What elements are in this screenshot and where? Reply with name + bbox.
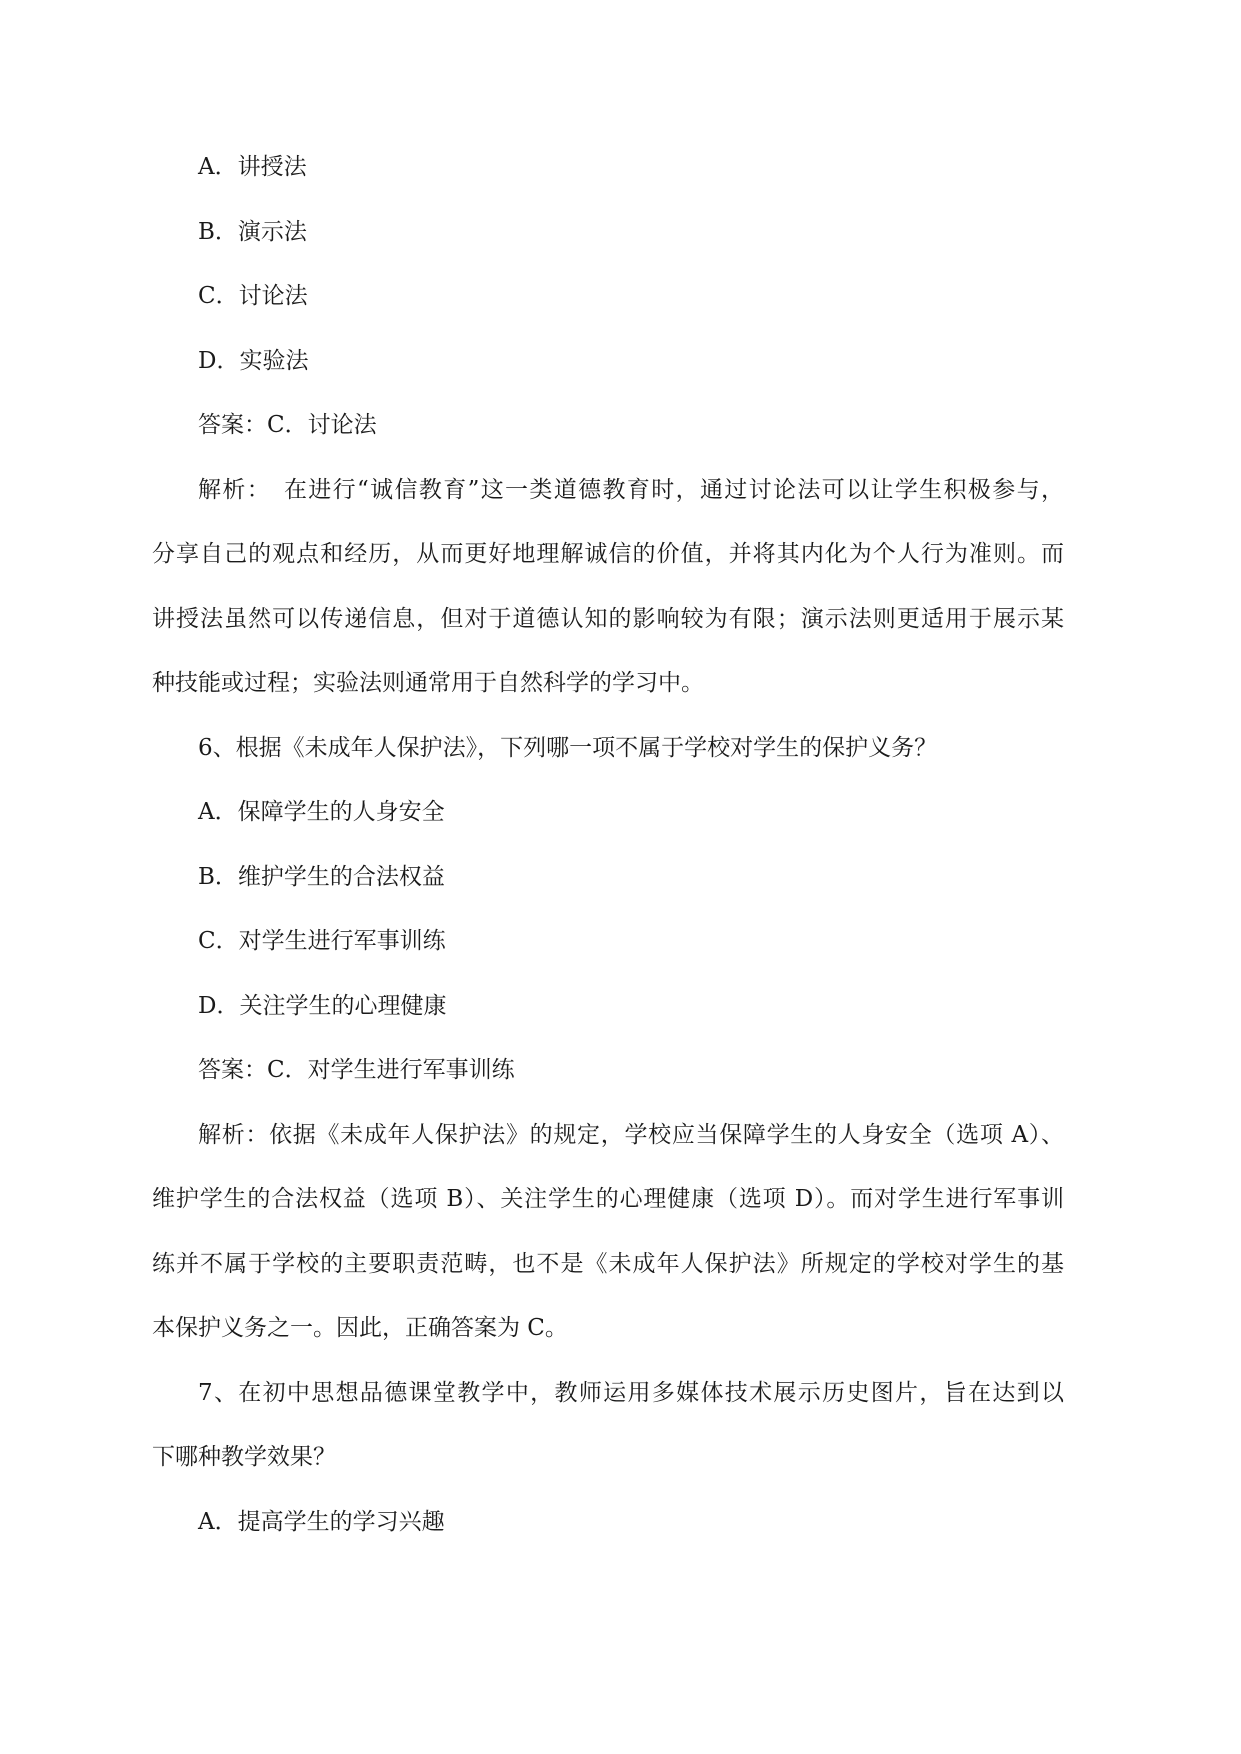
q6-option-d: D．关注学生的心理健康 [152, 974, 1064, 1039]
q6-analysis-line-2: 维护学生的合法权益（选项 B）、关注学生的心理健康（选项 D）。而对学生进行军事… [152, 1167, 1064, 1232]
q6-analysis-line-1: 解析：依据《未成年人保护法》的规定，学校应当保障学生的人身安全（选项 A）、 [152, 1103, 1064, 1168]
q6-analysis-line-4: 本保护义务之一。因此，正确答案为 C。 [152, 1296, 1064, 1361]
q5-analysis-line-3: 讲授法虽然可以传递信息，但对于道德认知的影响较为有限；演示法则更适用于展示某 [152, 587, 1064, 652]
document-page: A．讲授法 B．演示法 C．讨论法 D．实验法 答案：C．讨论法 解析： 在进行… [0, 0, 1241, 1754]
document-content: A．讲授法 B．演示法 C．讨论法 D．实验法 答案：C．讨论法 解析： 在进行… [152, 0, 1064, 1554]
q6-analysis-line-3: 练并不属于学校的主要职责范畴，也不是《未成年人保护法》所规定的学校对学生的基 [152, 1232, 1064, 1297]
q7-question-line-2: 下哪种教学效果？ [152, 1425, 1064, 1490]
q5-option-d: D．实验法 [152, 329, 1064, 394]
q5-analysis-line-2: 分享自己的观点和经历，从而更好地理解诚信的价值，并将其内化为个人行为准则。而 [152, 522, 1064, 587]
q7-option-a: A．提高学生的学习兴趣 [152, 1490, 1064, 1555]
q6-answer: 答案：C．对学生进行军事训练 [152, 1038, 1064, 1103]
q5-analysis-line-1: 解析： 在进行“诚信教育”这一类道德教育时，通过讨论法可以让学生积极参与， [152, 458, 1064, 523]
q6-option-a: A．保障学生的人身安全 [152, 780, 1064, 845]
q5-analysis-line-4: 种技能或过程；实验法则通常用于自然科学的学习中。 [152, 651, 1064, 716]
q5-answer: 答案：C．讨论法 [152, 393, 1064, 458]
q5-option-b: B．演示法 [152, 200, 1064, 265]
q5-option-c: C．讨论法 [152, 264, 1064, 329]
q6-option-c: C．对学生进行军事训练 [152, 909, 1064, 974]
q7-question-line-1: 7、在初中思想品德课堂教学中，教师运用多媒体技术展示历史图片，旨在达到以 [152, 1361, 1064, 1426]
q6-option-b: B．维护学生的合法权益 [152, 845, 1064, 910]
q6-question: 6、根据《未成年人保护法》，下列哪一项不属于学校对学生的保护义务？ [152, 716, 1064, 781]
q5-option-a: A．讲授法 [152, 135, 1064, 200]
